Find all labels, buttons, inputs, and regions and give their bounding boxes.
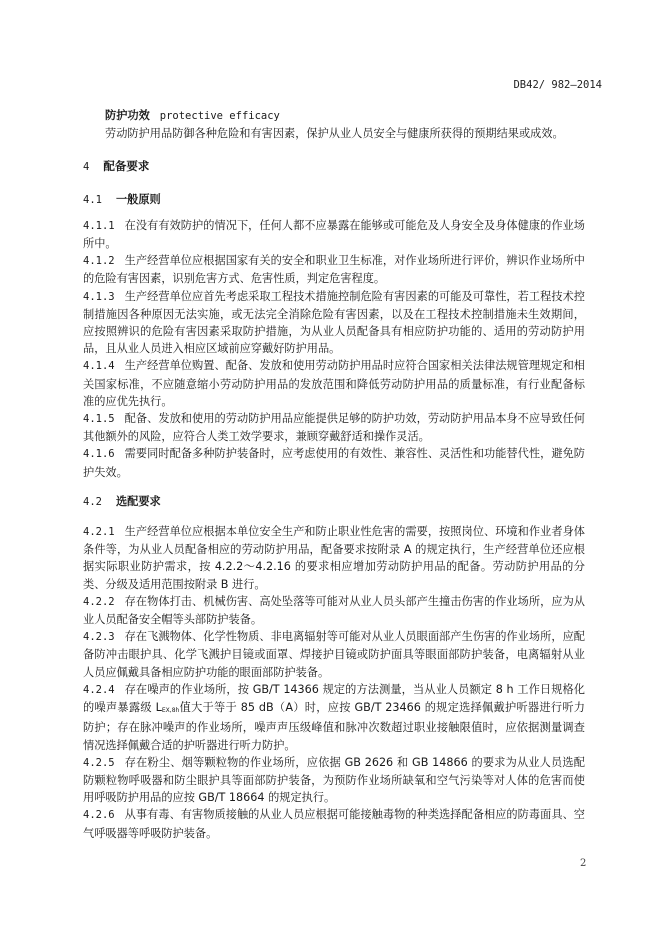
clause-text: 存在粉尘、烟等颗粒物的作业场所，应依据 GB 2626 和 GB 14866 的… [83, 756, 585, 804]
subsection-number: 4.1 [83, 194, 102, 206]
section-heading-4: 4配备要求 [83, 158, 585, 176]
clause-4-1-2: 4.1.2生产经营单位应根据国家有关的安全和职业卫生标准，对作业场所进行评价，辨… [83, 252, 585, 287]
term-title-en: protective efficacy [160, 110, 280, 122]
clause-4-1-3: 4.1.3生产经营单位应首先考虑采取工程技术措施控制危险有害因素的可能及可靠性，… [83, 288, 585, 358]
clause-text: 生产经营单位应根据国家有关的安全和职业卫生标准，对作业场所进行评价，辨识作业场所… [83, 254, 585, 285]
clause-text: 从事有毒、有害物质接触的从业人员应根据可能接触毒物的种类选择配备相应的防毒面具、… [83, 808, 585, 839]
clause-number: 4.1.3 [83, 291, 115, 303]
clause-number: 4.1.1 [83, 220, 115, 232]
clause-number: 4.2.1 [83, 526, 115, 538]
clause-4-2-1: 4.2.1生产经营单位应根据本单位安全生产和防止职业性危害的需要，按照岗位、环境… [83, 523, 585, 593]
term-heading: 防护功效protective efficacy [83, 107, 585, 125]
subsection-heading-4-2: 4.2选配要求 [83, 493, 585, 511]
clause-4-1-4: 4.1.4生产经营单位购置、配备、发放和使用劳动防护用品时应符合国家相关法律法规… [83, 357, 585, 410]
page-number: 2 [580, 858, 586, 869]
clause-number: 4.1.6 [83, 448, 115, 460]
clause-number: 4.2.3 [83, 631, 115, 643]
clause-number: 4.1.4 [83, 360, 115, 372]
clause-number: 4.2.4 [83, 684, 115, 696]
clause-4-1-1: 4.1.1在没有有效防护的情况下，任何人都不应暴露在能够或可能危及人身安全及身体… [83, 217, 585, 252]
clause-4-1-5: 4.1.5配备、发放和使用的劳动防护用品应能提供足够的防护功效，劳动防护用品本身… [83, 410, 585, 445]
clause-text: 存在物体打击、机械伤害、高处坠落等可能对从业人员头部产生撞击伤害的作业场所，应为… [83, 595, 585, 626]
clause-number: 4.2.2 [83, 596, 115, 608]
clause-number: 4.1.2 [83, 255, 115, 267]
clause-number: 4.2.5 [83, 757, 115, 769]
clause-text: 在没有有效防护的情况下，任何人都不应暴露在能够或可能危及人身安全及身体健康的作业… [83, 219, 585, 250]
clause-text: 生产经营单位购置、配备、发放和使用劳动防护用品时应符合国家相关法律法规管理规定和… [83, 359, 585, 407]
clause-4-2-4: 4.2.4存在噪声的作业场所，按 GB/T 14366 规定的方法测量，当从业人… [83, 681, 585, 754]
subsection-number: 4.2 [83, 496, 102, 508]
clause-text: 需要同时配备多种防护装备时，应考虑使用的有效性、兼容性、灵活性和功能替代性，避免… [83, 447, 585, 478]
clause-4-2-3: 4.2.3存在飞溅物体、化学性物质、非电离辐射等可能对从业人员眼面部产生伤害的作… [83, 628, 585, 681]
noise-exposure-subscript: EX,8h [162, 707, 179, 714]
document-page: DB42/ 982—2014 防护功效protective efficacy 劳… [0, 0, 662, 936]
clause-4-2-6: 4.2.6从事有毒、有害物质接触的从业人员应根据可能接触毒物的种类选择配备相应的… [83, 806, 585, 841]
subsection-heading-4-1: 4.1一般原则 [83, 191, 585, 209]
subsection-title: 一般原则 [116, 193, 161, 206]
term-title-cn: 防护功效 [105, 109, 150, 122]
clause-text: 生产经营单位应根据本单位安全生产和防止职业性危害的需要，按照岗位、环境和作业者身… [83, 525, 585, 591]
standard-code: DB42/ 982—2014 [513, 79, 602, 91]
section-number: 4 [83, 161, 89, 173]
section-title: 配备要求 [103, 159, 149, 173]
clause-text: 存在飞溅物体、化学性物质、非电离辐射等可能对从业人员眼面部产生伤害的作业场所，应… [83, 630, 585, 678]
clause-4-1-6: 4.1.6需要同时配备多种防护装备时，应考虑使用的有效性、兼容性、灵活性和功能替… [83, 445, 585, 480]
clause-number: 4.1.5 [83, 413, 115, 425]
clause-number: 4.2.6 [83, 809, 115, 821]
term-definition: 劳动防护用品防御各种危险和有害因素，保护从业人员安全与健康所获得的预期结果或成效… [83, 125, 585, 142]
clause-4-2-5: 4.2.5存在粉尘、烟等颗粒物的作业场所，应依据 GB 2626 和 GB 14… [83, 754, 585, 807]
clause-text: 配备、发放和使用的劳动防护用品应能提供足够的防护功效，劳动防护用品本身不应导致任… [83, 412, 585, 443]
clause-text: 生产经营单位应首先考虑采取工程技术措施控制危险有害因素的可能及可靠性，若工程技术… [83, 290, 585, 356]
subsection-title: 选配要求 [116, 495, 161, 508]
document-body: 防护功效protective efficacy 劳动防护用品防御各种危险和有害因… [83, 107, 585, 842]
clause-4-2-2: 4.2.2存在物体打击、机械伤害、高处坠落等可能对从业人员头部产生撞击伤害的作业… [83, 593, 585, 628]
